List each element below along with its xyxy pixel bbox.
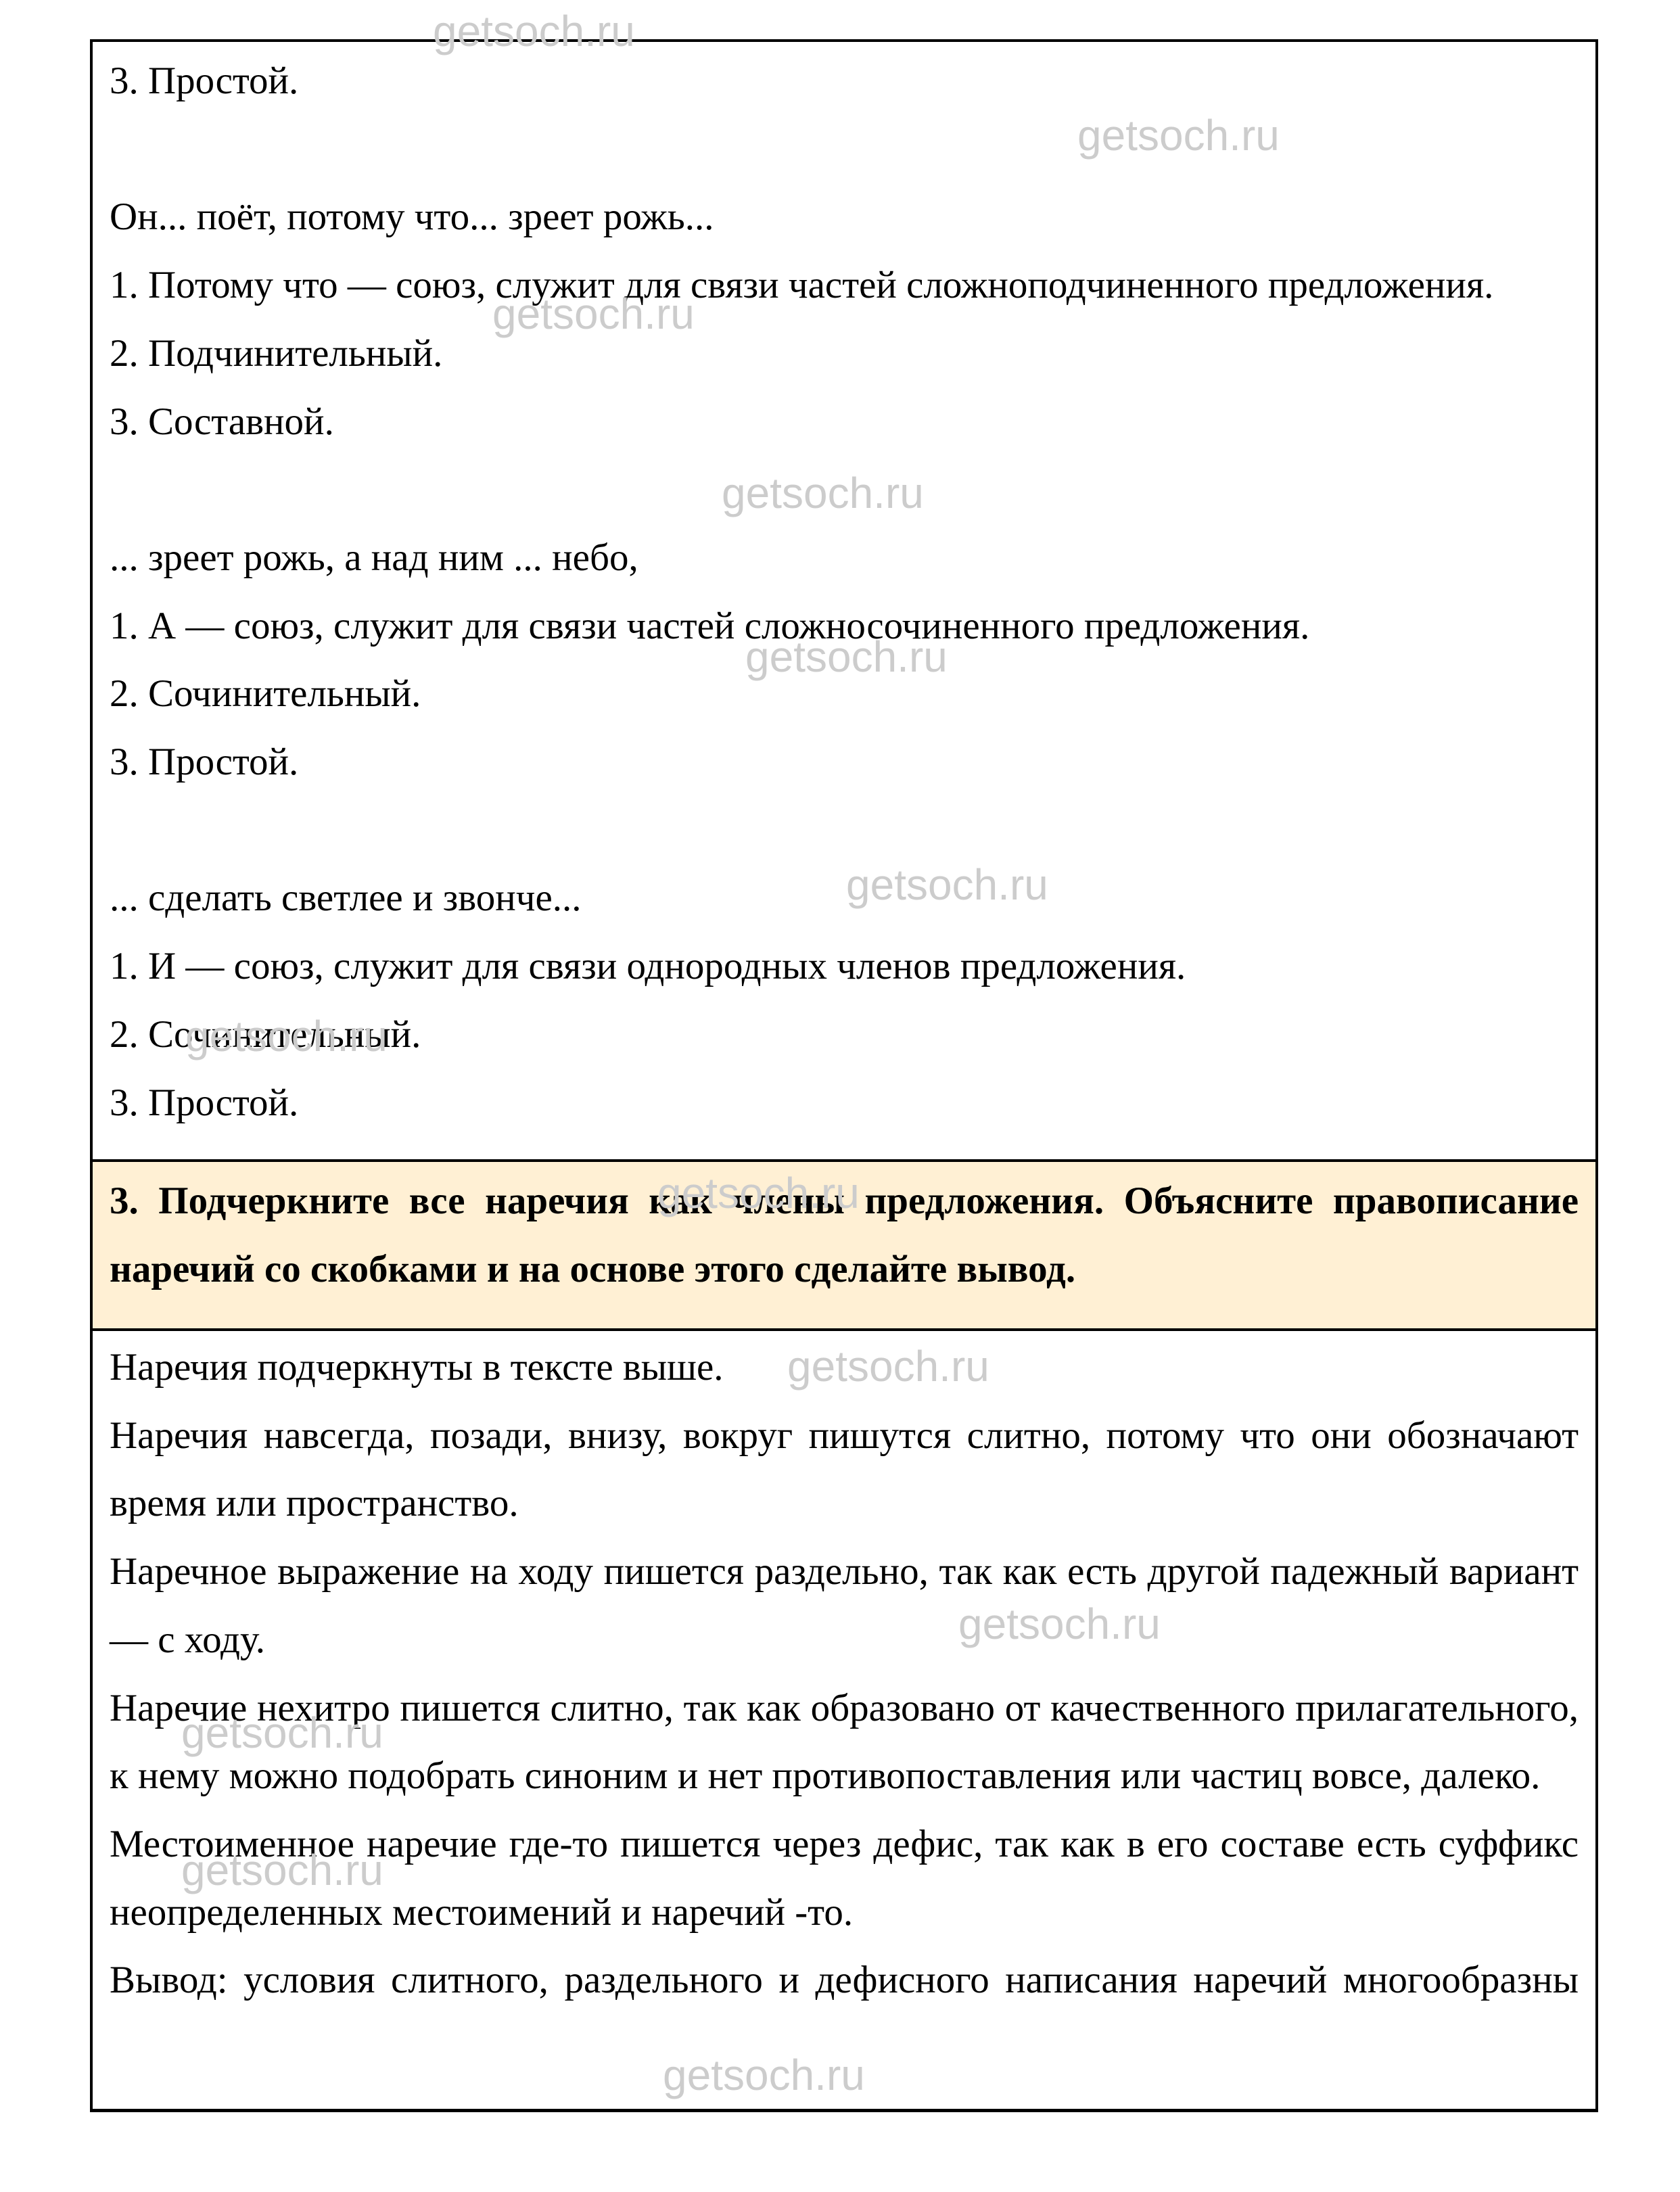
text-line: 1. Потому что — союз, служит для связи ч… xyxy=(110,252,1579,320)
text-line: 3. Простой. xyxy=(110,728,1579,797)
text-line: 3. Составной. xyxy=(110,388,1579,457)
answer-table: 3. Простой. Он... поёт, потому что... зр… xyxy=(90,39,1598,2112)
task-text: 3. Подчеркните все наречия как члены пре… xyxy=(110,1167,1579,1303)
text-line: 1. А — союз, служит для связи частей сло… xyxy=(110,592,1579,661)
example-sentence: ... зреет рожь, а над ним ... небо, xyxy=(110,524,1579,592)
example-sentence: ... сделать светлее и звонче... xyxy=(110,864,1579,933)
answer-paragraph: Наречие нехитро пишется слитно, так как … xyxy=(110,1675,1579,1811)
text-line: 3. Простой. xyxy=(110,1069,1579,1138)
answer-paragraph: Наречия навсегда, позади, внизу, вокруг … xyxy=(110,1402,1579,1538)
answer-paragraph: Местоименное наречие где-то пишется чере… xyxy=(110,1811,1579,1946)
text-line: 3. Простой. xyxy=(110,47,1579,116)
answer-cell: Наречия подчеркнуты в тексте выше. Нареч… xyxy=(93,1331,1595,2109)
answer-cell-previous: 3. Простой. Он... поёт, потому что... зр… xyxy=(93,42,1595,1159)
example-sentence: Он... поёт, потому что... зреет рожь... xyxy=(110,183,1579,252)
text-line: 2. Сочинительный. xyxy=(110,660,1579,728)
answer-paragraph: Наречное выражение на ходу пишется разде… xyxy=(110,1538,1579,1674)
task-header: 3. Подчеркните все наречия как члены пре… xyxy=(93,1159,1595,1331)
conclusion-paragraph: Вывод: условия слитного, раздельного и д… xyxy=(110,1946,1579,2015)
text-line: 2. Сочинительный. xyxy=(110,1001,1579,1069)
answer-paragraph: Наречия подчеркнуты в тексте выше. xyxy=(110,1334,1579,1402)
text-line: 1. И — союз, служит для связи однородных… xyxy=(110,933,1579,1001)
text-line: 2. Подчинительный. xyxy=(110,320,1579,388)
